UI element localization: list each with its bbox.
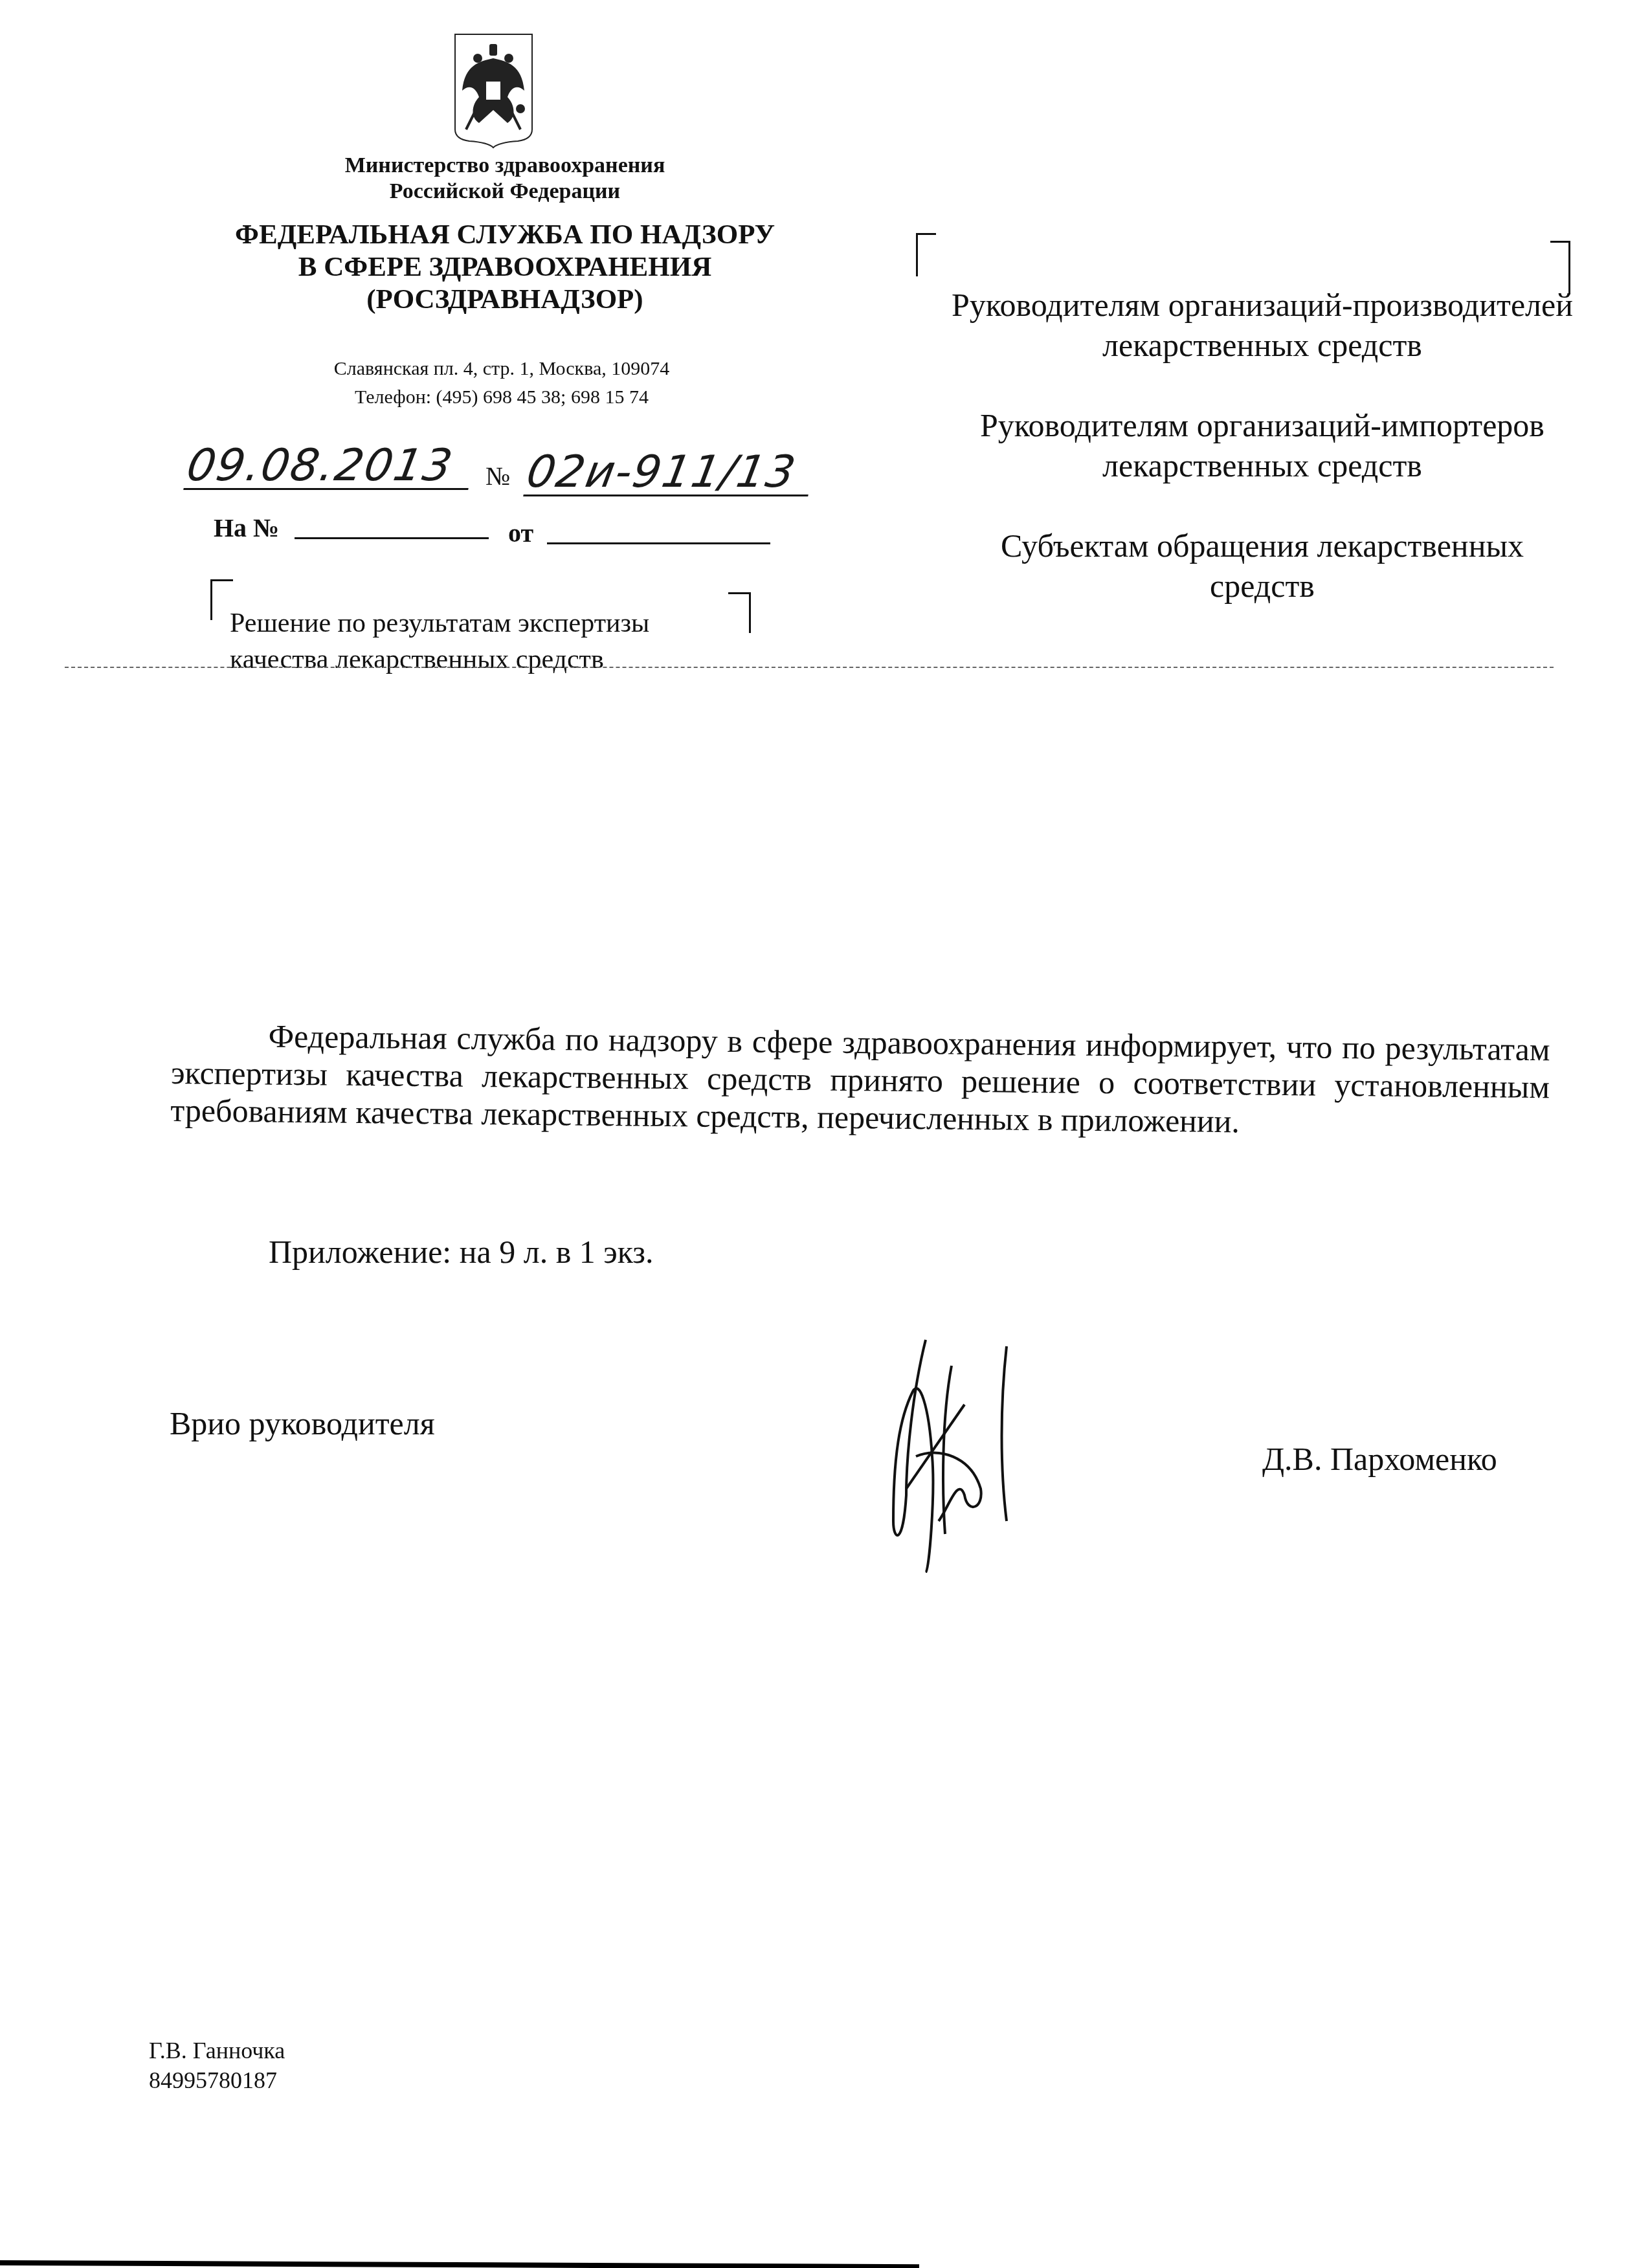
recipient-manufacturers: Руководителям организаций-производителей… — [945, 285, 1579, 365]
registration-date: 09.08.2013 — [183, 440, 477, 490]
subject-line-1: Решение по результатам экспертизы — [230, 605, 748, 641]
recipients: Руководителям организаций-производителей… — [945, 285, 1579, 646]
reply-from-label: от — [508, 518, 533, 548]
address: Славянская пл. 4, стр. 1, Москва, 109074 — [240, 355, 764, 383]
signatory-name: Д.В. Пархоменко — [1262, 1440, 1497, 1478]
body-paragraph: Федеральная служба по надзору в сфере зд… — [170, 1016, 1550, 1143]
recipient-subjects: Субъектам обращения лекарственных средст… — [945, 526, 1579, 606]
reply-date-field — [547, 542, 770, 544]
appendix-note: Приложение: на 9 л. в 1 экз. — [269, 1233, 654, 1271]
service-line-1: ФЕДЕРАЛЬНАЯ СЛУЖБА ПО НАДЗОРУ — [194, 219, 816, 251]
reply-number-field — [295, 537, 489, 539]
reply-number-label: На № — [214, 513, 279, 543]
ministry-name: Министерство здравоохранения Российской … — [272, 153, 738, 205]
registration-number: 02и-911/13 — [523, 447, 817, 496]
number-label: № — [485, 461, 510, 491]
fold-line — [65, 667, 1554, 668]
service-name: ФЕДЕРАЛЬНАЯ СЛУЖБА ПО НАДЗОРУ В СФЕРЕ ЗД… — [194, 219, 816, 316]
subject-line-2: качества лекарственных средств — [230, 641, 748, 678]
contact-block: Славянская пл. 4, стр. 1, Москва, 109074… — [240, 355, 764, 412]
executor: Г.В. Ганночка 84995780187 — [149, 2036, 285, 2095]
ministry-line-1: Министерство здравоохранения — [272, 153, 738, 179]
service-line-2: В СФЕРЕ ЗДРАВООХРАНЕНИЯ — [194, 251, 816, 283]
coat-of-arms-icon — [453, 32, 534, 149]
recipients-bracket-left — [916, 233, 936, 276]
ministry-line-2: Российской Федерации — [272, 179, 738, 205]
executor-phone: 84995780187 — [149, 2065, 285, 2095]
service-line-3: (РОСЗДРАВНАДЗОР) — [194, 283, 816, 316]
bottom-rule — [0, 2260, 919, 2268]
recipient-importers: Руководителям организаций-импортеров лек… — [945, 405, 1579, 485]
handwritten-signature-icon — [867, 1327, 1087, 1573]
phone: Телефон: (495) 698 45 38; 698 15 74 — [240, 383, 764, 412]
executor-name: Г.В. Ганночка — [149, 2036, 285, 2065]
signatory-title: Врио руководителя — [170, 1405, 435, 1442]
